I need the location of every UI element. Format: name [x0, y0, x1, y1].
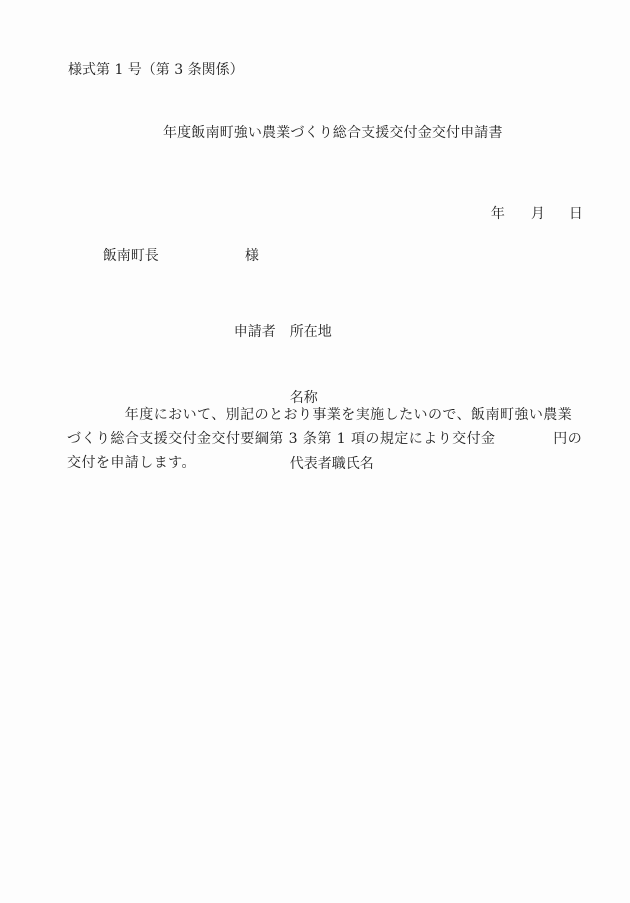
- applicant-row-address: 申請者所在地: [207, 299, 374, 365]
- applicant-label: 申請者: [234, 324, 276, 340]
- mayor-label: 飯南町長: [103, 248, 159, 264]
- document-title: 年度飯南町強い農業づくり総合支援交付金交付申請書: [163, 126, 503, 140]
- month-label: 月: [531, 206, 545, 222]
- body-line-2: づくり総合支援交付金交付要綱第 3 条第 1 項の規定により交付金 円の: [67, 427, 582, 451]
- form-number: 様式第 1 号（第 3 条関係）: [68, 63, 244, 77]
- date-line: 年月日: [473, 193, 583, 235]
- applicant-field-address: 所在地: [290, 324, 332, 340]
- day-label: 日: [569, 206, 583, 222]
- year-label: 年: [491, 206, 505, 222]
- body-paragraph: 年度において、別記のとおり事業を実施したいので、飯南町強い農業 づくり総合支援交…: [67, 403, 582, 475]
- honorific-label: 様: [245, 248, 259, 264]
- document-page: 様式第 1 号（第 3 条関係） 年度飯南町強い農業づくり総合支援交付金交付申請…: [0, 0, 630, 903]
- addressee-line: 飯南町長様: [85, 235, 259, 277]
- body-line-1: 年度において、別記のとおり事業を実施したいので、飯南町強い農業: [67, 403, 582, 427]
- body-line-3: 交付を申請します。: [67, 451, 582, 475]
